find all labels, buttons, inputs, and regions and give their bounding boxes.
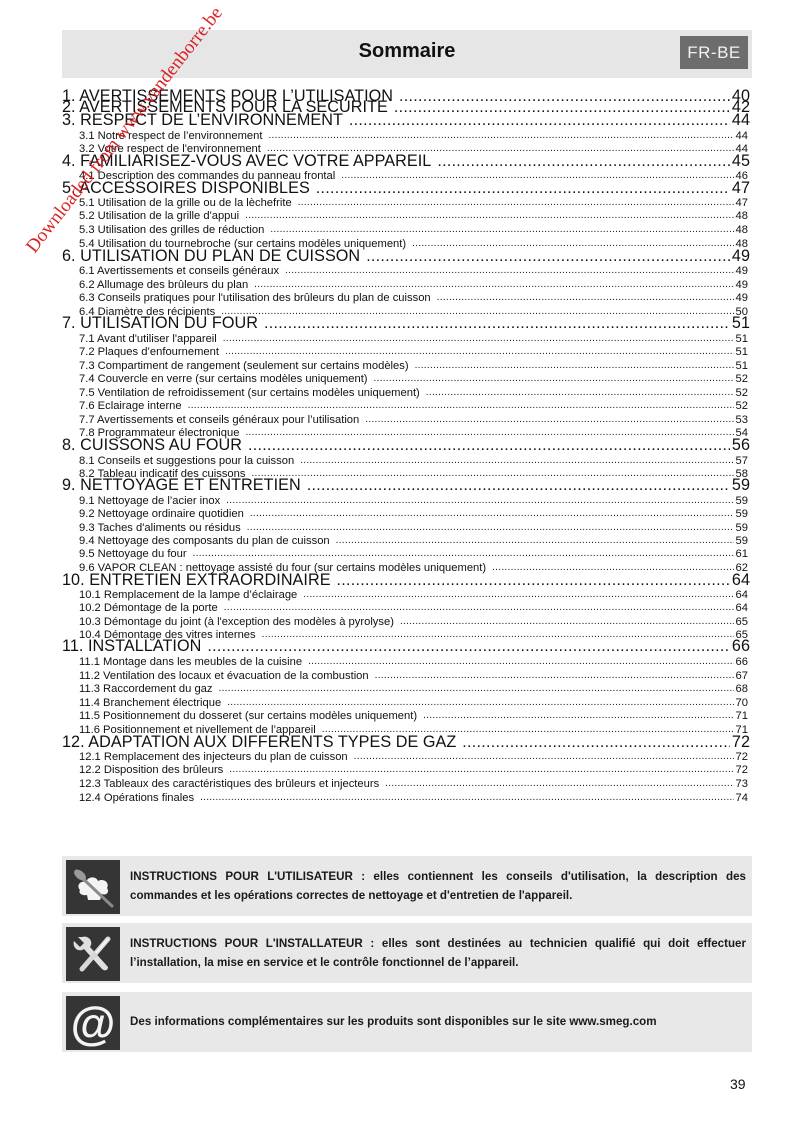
toc-entry-page: 65	[734, 616, 748, 628]
toc-entry[interactable]: 6.2 Allumage des brûleurs du plan49	[79, 279, 748, 291]
toc-entry-label: 10.1 Remplacement de la lampe d’éclairag…	[79, 589, 303, 601]
toc-entry-label: 7.2 Plaques d’enfournement	[79, 346, 225, 358]
toc-entry[interactable]: 7.4 Couvercle en verre (sur certains mod…	[79, 373, 748, 385]
info-text-installer-instructions: INSTRUCTIONS POUR L'INSTALLATEUR : elles…	[130, 934, 746, 972]
toc-entry-label: 12. ADAPTATION AUX DIFFERENTS TYPES DE G…	[62, 735, 462, 750]
toc-entry-page: 48	[734, 210, 748, 222]
toc-entry[interactable]: 7.7 Avertissements et conseils généraux …	[79, 414, 748, 426]
dot-leader	[270, 224, 733, 236]
toc-entry-page: 64	[730, 573, 750, 588]
toc-entry-page: 72	[734, 751, 748, 763]
toc-entry-label: 5. ACCESSOIRES DISPONIBLES	[62, 181, 316, 196]
toc-entry[interactable]: 11.1 Montage dans les meubles de la cuis…	[79, 656, 748, 668]
at-sign-icon: @	[66, 996, 120, 1050]
toc-entry[interactable]: 11.5 Positionnement du dosseret (sur cer…	[79, 710, 748, 722]
info-box-more-information: @ Des informations complémentaires sur l…	[62, 992, 752, 1052]
toc-entry[interactable]: 5. ACCESSOIRES DISPONIBLES47	[62, 181, 750, 196]
toc-entry-label: 3.1 Notre respect de l’environnement	[79, 130, 268, 142]
toc-entry[interactable]: 10.1 Remplacement de la lampe d’éclairag…	[79, 589, 748, 601]
toc-entry-label: 7.3 Compartiment de rangement (seulement…	[79, 360, 415, 372]
dot-leader	[225, 346, 734, 358]
toc-entry-label: 9.1 Nettoyage de l’acier inox	[79, 495, 226, 507]
toc-entry-page: 56	[730, 438, 750, 453]
toc-entry-label: 5.3 Utilisation des grilles de réduction	[79, 224, 270, 236]
toc-entry-label: 9.5 Nettoyage du four	[79, 548, 193, 560]
toc-entry-page: 64	[734, 589, 748, 601]
dot-leader	[423, 710, 733, 722]
toc-entry-page: 52	[734, 387, 748, 399]
dot-leader	[223, 333, 734, 345]
toc-entry-label: 11.5 Positionnement du dosseret (sur cer…	[79, 710, 423, 722]
toc-entry[interactable]: 7.2 Plaques d’enfournement51	[79, 346, 748, 358]
toc-entry-page: 59	[734, 522, 748, 534]
toc-entry[interactable]: 8.1 Conseils et suggestions pour la cuis…	[79, 455, 748, 467]
toc-entry-page: 71	[734, 710, 748, 722]
toc-entry-page: 67	[734, 670, 748, 682]
dot-leader	[365, 414, 733, 426]
toc-entry[interactable]: 9.1 Nettoyage de l’acier inox59	[79, 495, 748, 507]
dot-leader	[219, 683, 734, 695]
toc-entry[interactable]: 5.1 Utilisation de la grille ou de la lè…	[79, 197, 748, 209]
toc-entry[interactable]: 11. INSTALLATION66	[62, 639, 750, 654]
toc-entry-page: 64	[734, 602, 748, 614]
dot-leader	[224, 602, 734, 614]
toc-entry[interactable]: 10.2 Démontage de la porte64	[79, 602, 748, 614]
dot-leader	[426, 387, 734, 399]
dot-leader	[245, 210, 733, 222]
toc-entry-label: 11.2 Ventilation des locaux et évacuatio…	[79, 670, 375, 682]
dot-leader	[268, 130, 733, 142]
dot-leader	[300, 455, 733, 467]
toc-entry-page: 47	[730, 181, 750, 196]
toc-entry[interactable]: 9.3 Taches d'aliments ou résidus59	[79, 522, 748, 534]
toc-entry-label: 7. UTILISATION DU FOUR	[62, 316, 264, 331]
toc-entry-label: 6.3 Conseils pratiques pour l'utilisatio…	[79, 292, 437, 304]
toc-entry-page: 49	[730, 249, 750, 264]
toc-entry-page: 74	[734, 792, 748, 804]
toc-entry-label: 8. CUISSONS AU FOUR	[62, 438, 248, 453]
dot-leader	[248, 438, 730, 453]
toc-entry-page: 51	[734, 346, 748, 358]
wrench-screwdriver-icon	[66, 927, 120, 981]
toc-entry-label: 9. NETTOYAGE ET ENTRETIEN	[62, 478, 307, 493]
toc-entry[interactable]: 3. RESPECT DE L’ENVIRONNEMENT44	[62, 113, 750, 128]
toc-entry-page: 66	[734, 656, 748, 668]
toc-entry-page: 68	[734, 683, 748, 695]
toc-entry[interactable]: 9.4 Nettoyage des composants du plan de …	[79, 535, 748, 547]
toc-entry-label: 4. FAMILIARISEZ-VOUS AVEC VOTRE APPAREIL	[62, 154, 437, 169]
toc-entry[interactable]: 6. UTILISATION DU PLAN DE CUISSON49	[62, 249, 750, 264]
toc-entry-label: 5.2 Utilisation de la grille d'appui	[79, 210, 245, 222]
dot-leader	[462, 735, 730, 750]
dot-leader	[307, 478, 730, 493]
toc-entry-page: 61	[734, 548, 748, 560]
toc-entry-label: 11.1 Montage dans les meubles de la cuis…	[79, 656, 308, 668]
toc-entry-page: 51	[730, 316, 750, 331]
dot-leader	[200, 792, 733, 804]
toc-entry-page: 59	[734, 495, 748, 507]
toc-entry-label: 6.1 Avertissements et conseils généraux	[79, 265, 285, 277]
toc-entry-page: 59	[730, 478, 750, 493]
toc-entry[interactable]: 7.5 Ventilation de refroidissement (sur …	[79, 387, 748, 399]
info-box-installer-instructions: INSTRUCTIONS POUR L'INSTALLATEUR : elles…	[62, 923, 752, 983]
dot-leader	[227, 697, 733, 709]
toc-entry-page: 51	[734, 360, 748, 372]
toc-entry-label: 6. UTILISATION DU PLAN DE CUISSON	[62, 249, 366, 264]
toc-entry-label: 12.1 Remplacement des injecteurs du plan…	[79, 751, 354, 763]
table-of-contents: 1. AVERTISSEMENTS POUR L’UTILISATION402.…	[0, 0, 802, 820]
toc-entry[interactable]: 7.3 Compartiment de rangement (seulement…	[79, 360, 748, 372]
dot-leader	[308, 656, 733, 668]
page-number: 39	[730, 1076, 746, 1092]
chef-hat-spoon-icon	[66, 860, 120, 914]
dot-leader	[437, 154, 730, 169]
dot-leader	[247, 522, 734, 534]
dot-leader	[400, 616, 734, 628]
toc-entry-page: 53	[734, 414, 748, 426]
toc-entry-page: 49	[734, 279, 748, 291]
toc-entry-page: 57	[734, 455, 748, 467]
toc-entry[interactable]: 9.2 Nettoyage ordinaire quotidien59	[79, 508, 748, 520]
dot-leader	[415, 360, 734, 372]
toc-entry-page: 51	[734, 333, 748, 345]
dot-leader	[188, 400, 734, 412]
toc-entry[interactable]: 6.3 Conseils pratiques pour l'utilisatio…	[79, 292, 748, 304]
info-text-more-information: Des informations complémentaires sur les…	[130, 1012, 746, 1031]
toc-entry[interactable]: 7.1 Avant d'utiliser l'appareil51	[79, 333, 748, 345]
toc-entry[interactable]: 12. ADAPTATION AUX DIFFERENTS TYPES DE G…	[62, 735, 750, 750]
dot-leader	[226, 495, 733, 507]
toc-entry[interactable]: 12.3 Tableaux des caractéristiques des b…	[79, 778, 748, 790]
toc-entry-page: 48	[734, 224, 748, 236]
toc-entry-page: 52	[734, 400, 748, 412]
toc-entry-page: 49	[734, 265, 748, 277]
toc-entry-page: 59	[734, 508, 748, 520]
toc-entry-label: 3. RESPECT DE L’ENVIRONNEMENT	[62, 113, 349, 128]
dot-leader	[285, 265, 734, 277]
toc-entry[interactable]: 11.2 Ventilation des locaux et évacuatio…	[79, 670, 748, 682]
toc-entry[interactable]: 9. NETTOYAGE ET ENTRETIEN59	[62, 478, 750, 493]
toc-entry-label: 10.2 Démontage de la porte	[79, 602, 224, 614]
toc-entry-label: 9.2 Nettoyage ordinaire quotidien	[79, 508, 250, 520]
toc-entry[interactable]: 7. UTILISATION DU FOUR51	[62, 316, 750, 331]
toc-entry-label: 11. INSTALLATION	[62, 639, 207, 654]
toc-entry-page: 49	[734, 292, 748, 304]
toc-entry-page: 44	[734, 130, 748, 142]
toc-entry[interactable]: 11.3 Raccordement du gaz68	[79, 683, 748, 695]
toc-entry-label: 7.4 Couvercle en verre (sur certains mod…	[79, 373, 374, 385]
toc-entry[interactable]: 5.3 Utilisation des grilles de réduction…	[79, 224, 748, 236]
toc-entry-label: 10.3 Démontage du joint (à l'exception d…	[79, 616, 400, 628]
toc-entry[interactable]: 8. CUISSONS AU FOUR56	[62, 438, 750, 453]
dot-leader	[336, 535, 734, 547]
toc-entry-label: 12.2 Disposition des brûleurs	[79, 764, 229, 776]
dot-leader	[250, 508, 734, 520]
toc-entry-label: 12.4 Opérations finales	[79, 792, 200, 804]
toc-entry-label: 9.3 Taches d'aliments ou résidus	[79, 522, 247, 534]
toc-entry[interactable]: 12.2 Disposition des brûleurs72	[79, 764, 748, 776]
toc-entry-page: 45	[730, 154, 750, 169]
toc-entry-label: 6.2 Allumage des brûleurs du plan	[79, 279, 254, 291]
toc-entry[interactable]: 12.1 Remplacement des injecteurs du plan…	[79, 751, 748, 763]
toc-entry-page: 47	[734, 197, 748, 209]
toc-entry-page: 70	[734, 697, 748, 709]
toc-entry[interactable]: 7.6 Eclairage interne52	[79, 400, 748, 412]
toc-entry-label: 7.5 Ventilation de refroidissement (sur …	[79, 387, 426, 399]
toc-entry[interactable]: 12.4 Opérations finales74	[79, 792, 748, 804]
dot-leader	[254, 279, 733, 291]
toc-entry-page: 73	[734, 778, 748, 790]
toc-entry-page: 72	[734, 764, 748, 776]
dot-leader	[316, 181, 730, 196]
toc-entry-label: 7.1 Avant d'utiliser l'appareil	[79, 333, 223, 345]
toc-entry-label: 11.3 Raccordement du gaz	[79, 683, 219, 695]
toc-entry[interactable]: 4. FAMILIARISEZ-VOUS AVEC VOTRE APPAREIL…	[62, 154, 750, 169]
toc-entry-label: 10. ENTRETIEN EXTRAORDINAIRE	[62, 573, 337, 588]
dot-leader	[298, 197, 734, 209]
dot-leader	[229, 764, 733, 776]
toc-entry-label: 7.7 Avertissements et conseils généraux …	[79, 414, 365, 426]
dot-leader	[437, 292, 734, 304]
toc-entry[interactable]: 5.2 Utilisation de la grille d'appui48	[79, 210, 748, 222]
dot-leader	[354, 751, 734, 763]
toc-entry-label: 5.1 Utilisation de la grille ou de la lè…	[79, 197, 298, 209]
toc-entry-label: 11.4 Branchement électrique	[79, 697, 227, 709]
dot-leader	[385, 778, 733, 790]
toc-entry[interactable]: 10.3 Démontage du joint (à l'exception d…	[79, 616, 748, 628]
dot-leader	[303, 589, 733, 601]
toc-entry[interactable]: 6.1 Avertissements et conseils généraux4…	[79, 265, 748, 277]
toc-entry[interactable]: 9.5 Nettoyage du four61	[79, 548, 748, 560]
dot-leader	[337, 573, 730, 588]
dot-leader	[207, 639, 730, 654]
dot-leader	[349, 113, 730, 128]
toc-entry-label: 8.1 Conseils et suggestions pour la cuis…	[79, 455, 300, 467]
dot-leader	[374, 373, 734, 385]
toc-entry-page: 59	[734, 535, 748, 547]
info-box-user-instructions: INSTRUCTIONS POUR L'UTILISATEUR : elles …	[62, 856, 752, 916]
toc-entry-label: 9.4 Nettoyage des composants du plan de …	[79, 535, 336, 547]
dot-leader	[264, 316, 730, 331]
toc-entry-page: 72	[730, 735, 750, 750]
toc-entry-label: 7.6 Eclairage interne	[79, 400, 188, 412]
toc-entry-page: 44	[730, 113, 750, 128]
toc-entry[interactable]: 10. ENTRETIEN EXTRAORDINAIRE64	[62, 573, 750, 588]
dot-leader	[193, 548, 734, 560]
dot-leader	[375, 670, 734, 682]
toc-entry[interactable]: 3.1 Notre respect de l’environnement44	[79, 130, 748, 142]
toc-entry-label: 12.3 Tableaux des caractéristiques des b…	[79, 778, 385, 790]
toc-entry-page: 66	[730, 639, 750, 654]
toc-entry[interactable]: 11.4 Branchement électrique70	[79, 697, 748, 709]
toc-entry-page: 52	[734, 373, 748, 385]
info-text-user-instructions: INSTRUCTIONS POUR L'UTILISATEUR : elles …	[130, 867, 746, 905]
dot-leader	[366, 249, 730, 264]
